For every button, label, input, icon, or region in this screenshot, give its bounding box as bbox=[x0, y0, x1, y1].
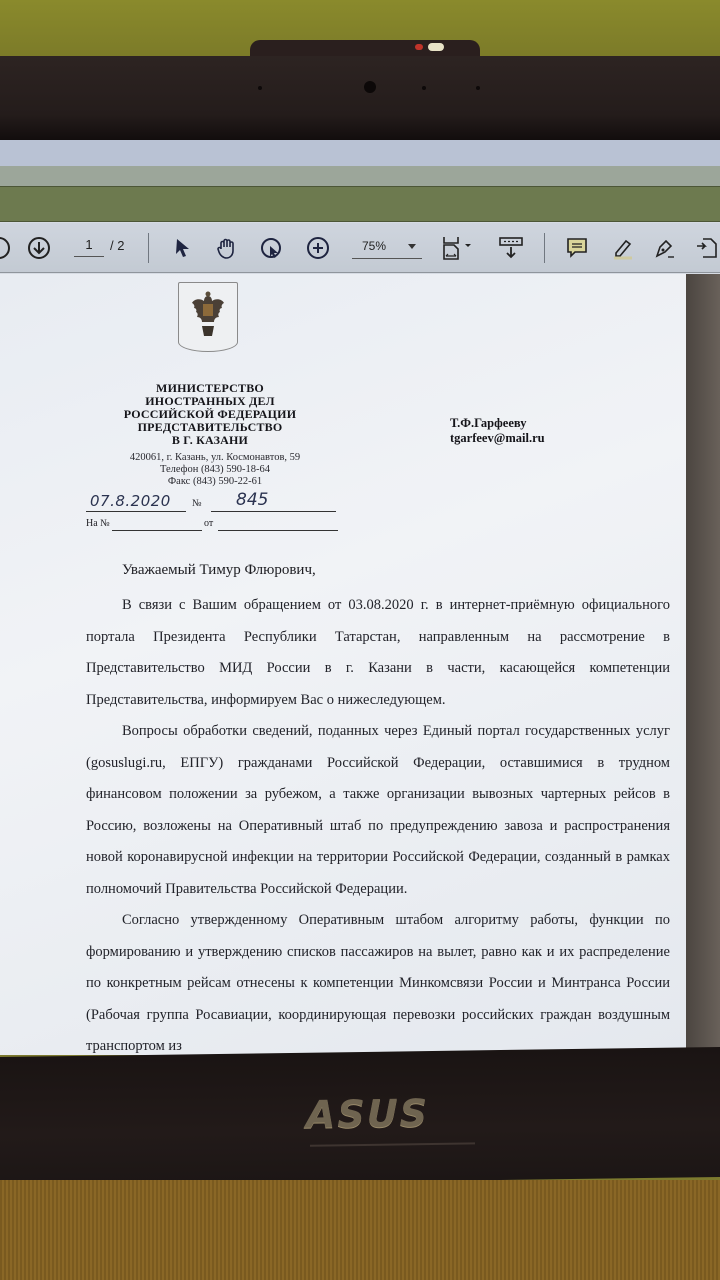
webcam-led-red bbox=[415, 44, 423, 50]
export-icon[interactable] bbox=[694, 235, 720, 261]
handwritten-number: 845 bbox=[236, 490, 268, 510]
organization-name: МИНИСТЕРСТВО ИНОСТРАННЫХ ДЕЛ РОССИЙСКОЙ … bbox=[110, 382, 310, 447]
scroll-mode-icon[interactable] bbox=[498, 235, 524, 261]
zoom-level-select[interactable]: 75% bbox=[352, 235, 422, 259]
tab-bar bbox=[0, 186, 720, 222]
laptop-keyboard-deck bbox=[0, 1180, 720, 1280]
page-total: / 2 bbox=[110, 238, 124, 253]
reference-line: На № от bbox=[86, 518, 346, 534]
zoom-level-value: 75% bbox=[362, 239, 386, 253]
scroll-up-icon[interactable] bbox=[0, 235, 12, 261]
date-underline bbox=[86, 511, 186, 512]
address: 420061, г. Казань, ул. Космонавтов, 59 bbox=[110, 452, 320, 464]
title-bar bbox=[0, 140, 720, 166]
sensor-dot bbox=[476, 86, 480, 90]
number-underline bbox=[211, 511, 336, 512]
fit-page-icon[interactable] bbox=[440, 235, 476, 261]
select-arrow-icon[interactable] bbox=[170, 235, 196, 261]
phone: Телефон (843) 590-18-64 bbox=[110, 464, 320, 476]
fax: Факс (843) 590-22-61 bbox=[110, 476, 320, 488]
highlight-icon[interactable] bbox=[610, 235, 636, 261]
toolbar-separator bbox=[148, 233, 149, 263]
organization-contacts: 420061, г. Казань, ул. Космонавтов, 59 Т… bbox=[110, 452, 320, 488]
recipient-name: Т.Ф.Гарфееву bbox=[450, 416, 620, 431]
webcam-led-white bbox=[428, 43, 444, 51]
ref-from-underline bbox=[218, 530, 338, 531]
org-line: В Г. КАЗАНИ bbox=[110, 434, 310, 447]
page-number-input[interactable]: 1 bbox=[74, 237, 104, 257]
bezel-line bbox=[310, 1142, 475, 1146]
recipient-block: Т.Ф.Гарфееву tgarfeev@mail.ru bbox=[450, 416, 620, 446]
outgoing-date-number: 07.8.2020 № 845 bbox=[86, 492, 336, 514]
pdf-page: МИНИСТЕРСТВО ИНОСТРАННЫХ ДЕЛ РОССИЙСКОЙ … bbox=[0, 274, 686, 1055]
brand-logo: ASUS bbox=[306, 1091, 429, 1137]
zoom-in-icon[interactable] bbox=[305, 235, 331, 261]
menu-bar bbox=[0, 166, 720, 186]
built-in-camera-lens bbox=[364, 81, 376, 93]
handwritten-date: 07.8.2020 bbox=[90, 492, 171, 510]
salutation: Уважаемый Тимур Флюрович, bbox=[122, 562, 316, 579]
hand-pan-icon[interactable] bbox=[214, 235, 240, 261]
ref-number-underline bbox=[112, 530, 202, 531]
pdf-toolbar: 1 / 2 75% bbox=[0, 223, 720, 273]
toolbar-separator bbox=[544, 233, 545, 263]
document-viewer[interactable]: МИНИСТЕРСТВО ИНОСТРАННЫХ ДЕЛ РОССИЙСКОЙ … bbox=[0, 274, 720, 1055]
recipient-email: tgarfeev@mail.ru bbox=[450, 431, 620, 446]
comment-icon[interactable] bbox=[564, 235, 590, 261]
sensor-dot bbox=[258, 86, 262, 90]
coat-of-arms-emblem bbox=[178, 282, 238, 352]
body-paragraph: Согласно утвержденному Оперативным штабо… bbox=[86, 905, 670, 1055]
laptop-screen: 1 / 2 75% bbox=[0, 140, 720, 1055]
zoom-marquee-icon[interactable] bbox=[258, 235, 284, 261]
letter-body: В связи с Вашим обращением от 03.08.2020… bbox=[86, 590, 670, 1055]
laptop-top-bezel bbox=[0, 56, 720, 140]
number-label: № bbox=[192, 498, 202, 509]
laptop-bottom-bezel: ASUS bbox=[0, 1047, 720, 1187]
ref-from-label: от bbox=[204, 518, 213, 529]
ref-number-label: На № bbox=[86, 518, 110, 529]
body-paragraph: Вопросы обработки сведений, поданных чер… bbox=[86, 716, 670, 905]
body-paragraph: В связи с Вашим обращением от 03.08.2020… bbox=[86, 590, 670, 716]
sign-pen-icon[interactable] bbox=[652, 235, 678, 261]
scroll-down-icon[interactable] bbox=[26, 235, 52, 261]
chevron-down-icon bbox=[408, 244, 416, 249]
viewer-right-panel bbox=[686, 274, 720, 1055]
sensor-dot bbox=[422, 86, 426, 90]
